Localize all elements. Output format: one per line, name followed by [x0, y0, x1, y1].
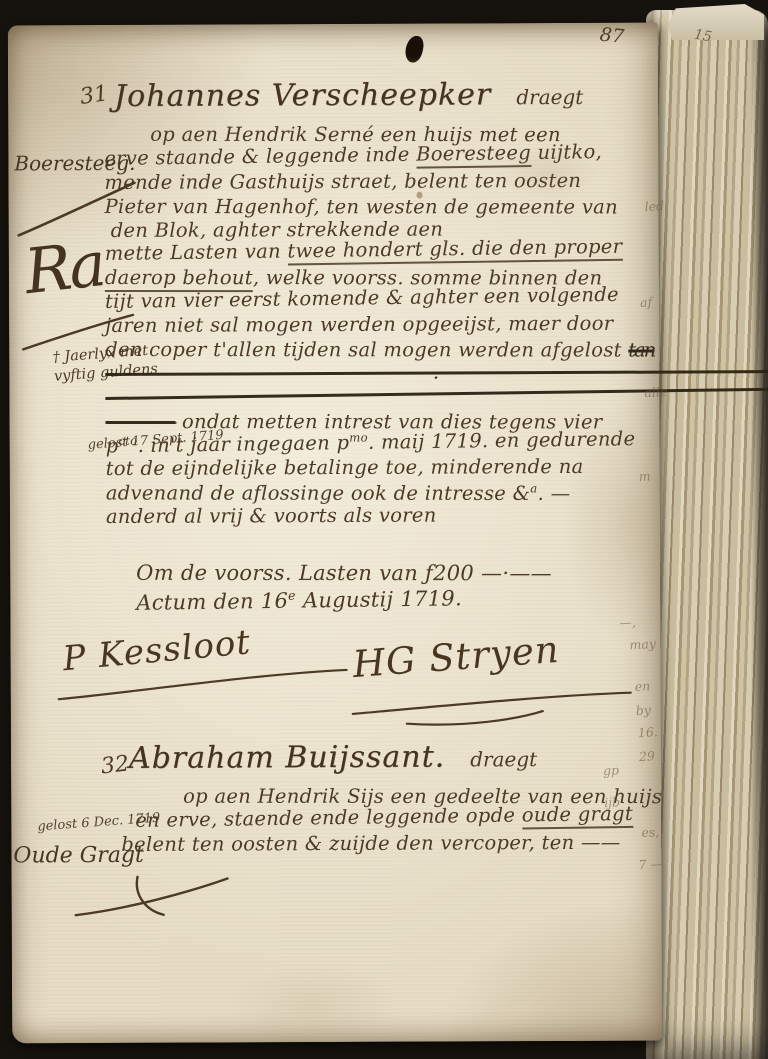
text-segment: erve staande & leggende inde — [104, 143, 416, 170]
entry-body-text: op aen Hendrik Sijs een gedeelte van een… — [121, 783, 661, 857]
manuscript-photo: 15 87 31 Johannes Verscheepker draegt Bo… — [0, 0, 768, 1059]
text-segment: e — [288, 588, 296, 603]
manuscript-text-line: mende inde Gasthuijs straet, belent ten … — [104, 168, 652, 194]
text-segment: belent ten oosten & zuijde den vercoper,… — [121, 831, 620, 856]
text-segment: advenand de aflossinge ook de intresse & — [106, 482, 531, 505]
manuscript-page: 87 31 Johannes Verscheepker draegt Boere… — [8, 23, 662, 1044]
bleed-through-text: alle — [644, 384, 668, 400]
register-entry-31: 31 Johannes Verscheepker draegt Boereste… — [8, 23, 658, 26]
fore-edge-number: 15 — [693, 27, 713, 46]
entry-closing-text: Om de voorss. Lasten van ƒ200 —·——Actum … — [136, 559, 616, 619]
bleed-through-text: by — [635, 702, 651, 718]
signature-right: HG Stryen — [351, 628, 561, 686]
bleed-through-text: —, — [619, 614, 636, 630]
entry-opening-line: Johannes Verscheepker draegt — [114, 77, 583, 114]
signature-right-flourish — [347, 683, 637, 730]
bleed-through-text: 7 — — [638, 856, 663, 872]
text-segment: anderd al vrij & voorts als voren — [106, 504, 437, 528]
text-segment: mo — [349, 430, 368, 444]
margin-flourish — [67, 870, 237, 921]
text-segment: Actum den 16 — [136, 589, 288, 615]
bleed-through-text: af — [640, 294, 653, 310]
register-entry-32: 32 Abraham Buijssant. draegt gelost 6 De… — [8, 23, 658, 26]
text-segment: Augustij 1719. — [296, 586, 462, 612]
text-segment: . maij 1719. en gedurende — [368, 427, 636, 454]
text-segment: a — [530, 482, 537, 496]
struck-text: tan — [628, 338, 654, 361]
grantor-name: Johannes Verscheepker — [114, 77, 491, 114]
text-segment: tot de eijndelijke betalinge toe, minder… — [106, 455, 584, 480]
manuscript-text-line: jaren niet sal mogen werden opgeeijst, m… — [105, 312, 653, 338]
text-segment: . in't jaar ingegaen p — [137, 431, 349, 457]
manuscript-text-line: Actum den 16e Augustij 1719. — [136, 583, 616, 619]
bleed-through-text: 29 — [639, 748, 656, 764]
text-segment: . — — [538, 482, 571, 505]
entry-number: 31 — [78, 81, 109, 110]
text-segment: mende inde Gasthuijs straet, belent ten … — [104, 169, 581, 194]
manuscript-text-line: belent ten oosten & zuijde den vercoper,… — [121, 830, 661, 856]
text-segment: Om de voorss. Lasten van ƒ200 —·—— — [136, 561, 552, 585]
manuscript-text-line: den coper t'allen tijden sal mogen werde… — [105, 338, 653, 362]
text-segment: Boeresteeg — [416, 141, 531, 169]
bleed-through-text: gp — [603, 762, 620, 778]
text-segment: cto — [118, 433, 137, 447]
fore-edge-corner-flap — [668, 4, 764, 40]
page-number: 87 — [599, 24, 625, 48]
text-segment: en erve, staende ende leggende opde — [135, 803, 522, 831]
opening-verb: draegt — [516, 85, 583, 109]
bleed-through-text: may — [629, 636, 656, 652]
entry-opening-line: Abraham Buijssant. draegt — [129, 739, 537, 776]
notary-paraph: Ra — [21, 227, 106, 308]
struck-text: ———— — [106, 410, 176, 433]
manuscript-text-line: advenand de aflossinge ook de intresse &… — [106, 481, 654, 505]
entry-body-text: op aen Hendrik Serné een huijs met eener… — [104, 121, 654, 530]
manuscript-text-line: tot de eijndelijke betalinge toe, minder… — [106, 455, 654, 481]
book-fore-edge — [646, 10, 768, 1059]
text-segment: twee hondert gls. die den proper — [287, 235, 622, 266]
bleed-through-text: ijb — [604, 794, 621, 810]
bleed-through-text: 16. — [637, 724, 658, 740]
entry-number: 32 — [100, 752, 131, 780]
bleed-through-text: m — [638, 468, 651, 484]
bleed-through-fragments: ledafallem—,mayenby16.29gpijbes,7 — — [8, 23, 658, 26]
text-segment: den coper t'allen tijden sal mogen werde… — [105, 338, 628, 361]
manuscript-text-line: anderd al vrij & voorts als voren — [106, 503, 654, 529]
signature-left-flourish — [55, 664, 355, 705]
text-segment: Pieter van Hagenhof, ten westen de gemee… — [105, 195, 618, 218]
ink-blot — [403, 34, 425, 64]
opening-verb: draegt — [470, 747, 537, 771]
grantor-name: Abraham Buijssant. — [129, 740, 445, 776]
bleed-through-text: led — [644, 198, 664, 214]
manuscript-text-line: Pieter van Hagenhof, ten westen de gemee… — [105, 195, 653, 219]
text-segment: uijtko, — [531, 140, 602, 164]
text-segment: jaren niet sal mogen werden opgeeijst, m… — [105, 312, 613, 337]
bleed-through-text: en — [634, 678, 650, 694]
bleed-through-text: es, — [641, 824, 660, 840]
text-segment: mette Lasten van — [105, 240, 288, 266]
text-segment: p — [105, 434, 118, 457]
